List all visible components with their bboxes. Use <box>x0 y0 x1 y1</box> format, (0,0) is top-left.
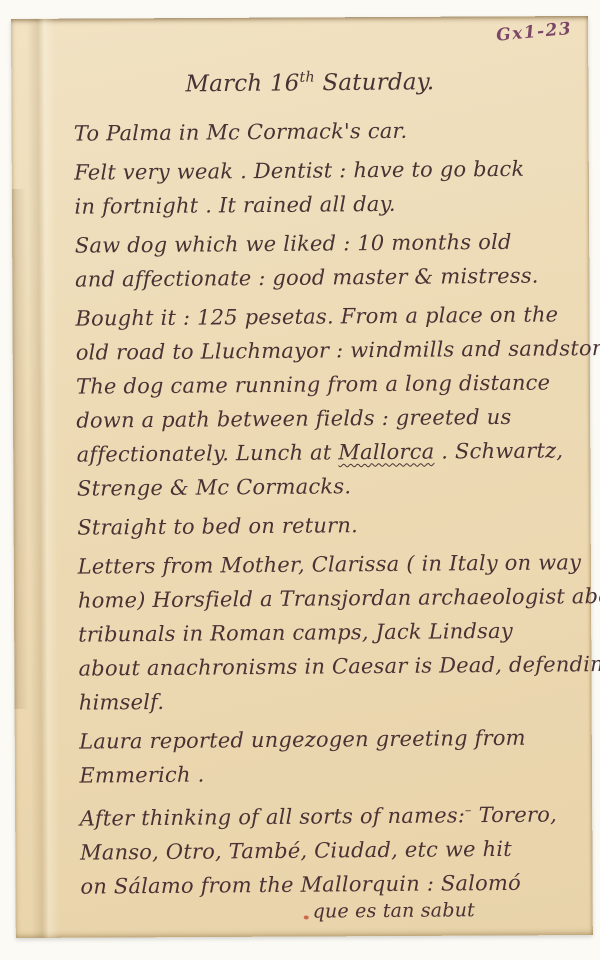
handwritten-line: home) Horsfield a Transjordan archaeolog… <box>78 579 573 617</box>
text-segment: Saw dog which we liked : 10 months old <box>75 230 512 258</box>
handwritten-line: To Palma in Mc Cormack's car. <box>74 112 569 150</box>
handwritten-line: affectionately. Lunch at Mallorca . Schw… <box>76 433 571 471</box>
text-segment: Laura reported ungezogen greeting from <box>79 725 526 753</box>
text-segment: . Schwartz, <box>434 438 563 463</box>
text-segment: Emmerich . <box>79 762 204 787</box>
text-segment: down a path between fields : greeted us <box>76 405 511 433</box>
archival-mark: Gx1-23 <box>495 19 573 46</box>
handwritten-line: and affectionate : good master & mistres… <box>75 258 570 296</box>
paper-edge-shadow <box>12 189 29 709</box>
handwritten-line: about anachronisms in Caesar is Dead, de… <box>78 647 573 685</box>
text-segment: and affectionate : good master & mistres… <box>75 263 539 291</box>
handwritten-line: Manso, Otro, També, Ciudad, etc we hit <box>80 831 575 869</box>
text-segment: The dog came running from a long distanc… <box>76 370 550 398</box>
text-segment: Straight to bed on return. <box>77 513 358 539</box>
handwritten-line: Letters from Mother, Clarissa ( in Italy… <box>77 545 572 583</box>
text-segment: home) Horsfield a Transjordan archaeolog… <box>78 583 600 612</box>
handwritten-line: Bought it : 125 pesetas. From a place on… <box>75 297 570 335</box>
handwritten-line: old road to Lluchmayor : windmills and s… <box>76 331 571 369</box>
scanned-diary-page: Gx1-23 March 16th Saturday.To Palma in M… <box>0 0 600 960</box>
paper-sheet: Gx1-23 March 16th Saturday.To Palma in M… <box>11 16 593 938</box>
text-segment: tribunals in Roman camps, Jack Lindsay <box>78 619 513 647</box>
handwriting-lines: March 16th Saturday.To Palma in Mc Corma… <box>73 58 576 930</box>
handwritten-line: down a path between fields : greeted us <box>76 399 571 437</box>
ink-speck <box>304 915 309 919</box>
handwritten-line: The dog came running from a long distanc… <box>76 365 571 403</box>
text-segment: about anachronisms in Caesar is Dead, de… <box>78 652 600 681</box>
handwritten-line: Straight to bed on return. <box>77 506 572 544</box>
handwritten-line: in fortnight . It rained all day. <box>74 185 569 223</box>
text-segment: affectionately. Lunch at <box>77 440 339 466</box>
text-segment: Torero, <box>472 802 557 827</box>
handwritten-line: Strenge & Mc Cormacks. <box>77 467 572 505</box>
handwritten-line: tribunals in Roman camps, Jack Lindsay <box>78 613 573 651</box>
text-segment: que es tan sabut <box>313 899 475 922</box>
text-segment: Saturday. <box>315 69 435 96</box>
handwritten-line: After thinking of all sorts of names:– T… <box>80 793 575 835</box>
text-segment: March 16 <box>185 70 299 97</box>
handwritten-line: Laura reported ungezogen greeting from <box>79 720 574 758</box>
text-segment: in fortnight . It rained all day. <box>74 192 395 219</box>
handwritten-line: Saw dog which we liked : 10 months old <box>75 224 570 262</box>
text-segment: Manso, Otro, També, Ciudad, etc we hit <box>80 837 512 865</box>
superscript-text: th <box>299 70 314 86</box>
handwritten-line: Emmerich . <box>79 754 574 792</box>
handwritten-line: que es tan sabut <box>312 892 575 928</box>
handwritten-line: Felt very weak . Dentist : have to go ba… <box>74 151 569 189</box>
text-segment: himself. <box>79 690 165 715</box>
paper-crease <box>27 19 60 938</box>
text-segment: Letters from Mother, Clarissa ( in Italy… <box>78 550 582 578</box>
text-segment: Bought it : 125 pesetas. From a place on… <box>75 302 558 330</box>
text-segment: Strenge & Mc Cormacks. <box>77 474 351 500</box>
handwritten-line: himself. <box>79 681 574 719</box>
text-segment: old road to Lluchmayor : windmills and s… <box>76 335 600 364</box>
text-segment: To Palma in Mc Cormack's car. <box>74 118 408 145</box>
text-segment: After thinking of all sorts of names: <box>80 803 465 830</box>
heading-line: March 16th Saturday. <box>185 58 568 101</box>
text-segment: Felt very weak . Dentist : have to go ba… <box>74 156 524 184</box>
underlined-word: Mallorca <box>338 439 434 464</box>
